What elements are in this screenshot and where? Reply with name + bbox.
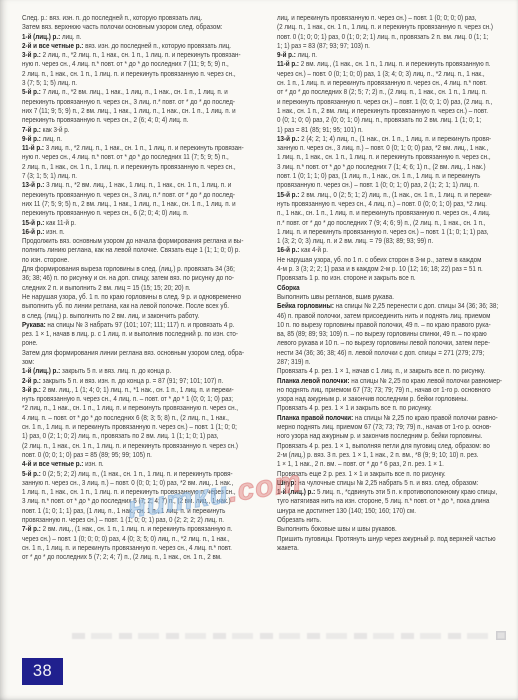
text-line: перекинуть провязанную п. через сн., 3 л…	[22, 190, 260, 199]
text-line: повт. 1 (0; 1; 1; 0) раз, (1 лиц. п., 1 …	[277, 171, 509, 180]
text-line: ного узора над ажурным р. и закончив пос…	[277, 431, 509, 440]
text-line: них 7 (11; 9; 5; 9) п., 2 вм. лиц., 1 на…	[22, 106, 260, 115]
text-line: 7 (3; 1; 5; 1) лиц. п.	[22, 171, 260, 180]
text-line: нести 34 (36; 36; 38; 46) п. левой полоч…	[277, 348, 509, 357]
text-line: от * до * до последних 8 (2; 5; 7; 2) п.…	[277, 87, 509, 96]
text-line: п., 1 нак., сн. 1 п., 1 лиц. п. и переки…	[277, 208, 509, 217]
page-number: 38	[33, 662, 52, 681]
text-line: от * до * до последних 5 (7; 2; 4; 7) п.…	[22, 552, 260, 561]
text-line: (2 лиц. п., 1 нак., сн. 1 п., 1 лиц. п. …	[277, 22, 509, 31]
text-line: Провязать 1 р. по изн. стороне и закрыть…	[277, 273, 509, 282]
text-line: 1 лиц. п., 1 нак., сн. 1 п., 1 лиц. п. и…	[277, 152, 509, 161]
row-label: 15-й р.:	[22, 218, 44, 227]
text-line: 2 лиц. п., 1 нак., сн. 1 п., 1 лиц. п. и…	[22, 162, 260, 171]
text-line: Выполнить боковые швы и швы рукавов.	[277, 524, 509, 533]
text-line: Затем вяз. верхнюю часть полочки основны…	[22, 22, 260, 31]
text-line: 36; 38; 46) п. по рисунку и сн. на доп. …	[22, 273, 260, 282]
text-line: Провязать 4 р. рез. 1 × 1, начав с 1 лиц…	[277, 366, 509, 375]
row-label: Планка правой полочки:	[277, 413, 353, 422]
text-line: 1) раз = 81 (85; 91; 95; 101) п.	[277, 125, 509, 134]
bleedthrough-mark	[496, 631, 506, 640]
text-line: 3 лиц. п.* повт. от * до * до последних …	[277, 162, 509, 171]
row-label: 5-й р.:	[22, 469, 41, 478]
text-line: 4 лиц. п. – повт. от * до * до последних…	[22, 413, 260, 422]
text-line: 3-й р.: 2 вм. лиц., 1 (1; 4; 0; 1) лиц. …	[22, 385, 260, 394]
text-line: Обрезать нить.	[277, 515, 509, 524]
text-line: сн. 1 п., 1 лиц. п. и перекинуть провяза…	[277, 78, 509, 87]
row-label: Сборка	[277, 283, 300, 292]
text-line: через сн.) – повт. 0 (0; 1; 0; 0) раз, 1…	[277, 69, 509, 78]
row-label: 13-й р.:	[277, 134, 299, 143]
text-line: 46) п. правой полочки, затем присоединит…	[277, 311, 509, 320]
text-line: След. р.: вяз. изн. п. до последней п., …	[22, 13, 260, 22]
row-label: 15-й р.:	[277, 190, 299, 199]
text-line: 11-й р.: 2 вм. лиц., (1 нак., сн. 1 п., …	[277, 59, 509, 68]
text-line: лиц. и перекинуть провязанную п. через с…	[277, 13, 509, 22]
text-line: но поднять лиц. приемом 67 (73; 73; 79; …	[277, 385, 509, 394]
text-line: Провязать 4 р. рез. 1 × 1, выполняя петл…	[277, 441, 509, 450]
text-line: ную п. через сн., 4 лиц. п.* повт. от * …	[22, 59, 260, 68]
text-line: провязанную п. через сн.) – повт. 1 (1; …	[22, 515, 260, 524]
text-line: повт. 1 (1; 0; 1; 1) раз, (1 лиц. п., 1 …	[22, 506, 260, 515]
text-line: Для формирования выреза горловины в след…	[22, 264, 260, 273]
row-label: 11-й р.:	[277, 59, 299, 68]
text-line: 1 × 1, 1 нак., 2 п. вм. – повт. от * до …	[277, 459, 509, 468]
text-line: занную п. через сн., 3 лиц. п.) – повт. …	[277, 143, 509, 152]
text-line: Затем для формирования линии реглана вяз…	[22, 348, 260, 357]
text-line: Бейка горловины: на спицы № 2,25 перенес…	[277, 301, 509, 310]
text-line: 16-й р.: как 4-й р.	[277, 245, 509, 254]
text-line: Выполнить швы регланов, вшив рукава.	[277, 292, 509, 301]
text-line: 3 лиц. п.* повт. от * до * до последних …	[22, 496, 260, 505]
text-line: сн. 1 п., 1 лиц. п. и перекинуть провяза…	[22, 422, 260, 431]
text-line: 1-й (лиц.) р.: лиц. п.	[22, 32, 260, 41]
text-line: провязанную п. через сн.) – повт. 1 (0; …	[277, 180, 509, 189]
text-line: 2 лиц. п., 1 нак., сн. 1 п., 1 лиц. п. и…	[22, 69, 260, 78]
row-label: Шнур:	[277, 478, 296, 487]
text-line: туго натягивая нить на изн. стороне, 5 л…	[277, 496, 509, 505]
text-line: 1 лиц. п., 1 нак., сн. 1 п., 1 лиц. п. и…	[22, 487, 260, 496]
text-line: ную п. через сн., 4 лиц. п.* повт. от * …	[22, 152, 260, 161]
text-line: 4-й и все четные р.: изн. п.	[22, 459, 260, 468]
text-line: 1 лиц. п. и перекинуть провязанную п. че…	[277, 227, 509, 236]
text-line: Не нарушая узора, уб. по 1 п. с обеих ст…	[277, 255, 509, 264]
row-label: 7-й р.:	[22, 125, 41, 134]
text-line: 9-й р.: лиц. п.	[277, 50, 509, 59]
row-label: 2-й и все четные р.:	[22, 41, 83, 50]
text-line: по изн. стороне.	[22, 255, 260, 264]
text-line: 1 (3; 2; 0; 3) лиц. п. и 2 вм. лиц. = 79…	[277, 236, 509, 245]
text-line: Продолжить вяз. основным узором до начал…	[22, 236, 260, 245]
text-line: Планка левой полочки: на спицы № 2,25 по…	[277, 376, 509, 385]
row-label: 1-й (лиц.) р.:	[22, 32, 60, 41]
row-label: 9-й р.:	[277, 50, 296, 59]
text-line: повт. 0 (0; 0; 1; 0) раз = 85 (89; 95; 9…	[22, 450, 260, 459]
row-label: 11-й р.:	[22, 143, 44, 152]
text-line: 287; 319) п.	[277, 357, 509, 366]
text-line: через сн.) – повт. 1 (0; 0; 0; 0) раз, 4…	[22, 534, 260, 543]
text-line: 4-м р. 3 (3; 2; 2; 1) раза и в каждом 2-…	[277, 264, 509, 273]
text-line: 11-й р.: 3 лиц. п., *2 лиц. п., 1 нак., …	[22, 143, 260, 152]
row-label: 3-й р.:	[22, 385, 41, 394]
text-line: 5-й р.: 7 лиц. п., *2 вм. лиц., 1 нак., …	[22, 87, 260, 96]
row-label: Планка левой полочки:	[277, 376, 350, 385]
row-label: 4-й и все четные р.:	[22, 459, 83, 468]
text-line: 7-й р.: 2 вм. лиц., (1 нак., сн. 1 п., 1…	[22, 524, 260, 533]
text-line: 7-й р.: как 3-й р.	[22, 125, 260, 134]
text-line: Провязать еще 2 р. рез. 1 × 1 и закрыть …	[277, 469, 509, 478]
row-label: 13-й р.:	[22, 180, 44, 189]
text-line: 2-й р.: закрыть 5 п. и вяз. изн. п. до к…	[22, 376, 260, 385]
text-line: 0 (0; 1; 0; 0) раз, 2 (0; 0; 1; 0) лиц. …	[277, 115, 509, 124]
text-column-right: лиц. и перекинуть провязанную п. через с…	[277, 13, 509, 552]
text-line: занную п. через сн., 3 лиц. п.) – повт. …	[22, 478, 260, 487]
text-column-left: След. р.: вяз. изн. п. до последней п., …	[22, 13, 260, 562]
text-line: перекинуть провязанную п. через сн., 2 (…	[22, 115, 260, 124]
text-line: 1) раз, 0 (2; 1; 0; 2) лиц. п., провязат…	[22, 431, 260, 440]
text-line: нуть провязанную п. через сн., 4 лиц. п.…	[22, 394, 260, 403]
row-label: 1-й (лиц.) р.:	[277, 487, 315, 496]
text-line: 13-й р.: 3 лиц. п., *2 вм. лиц., 1 нак.,…	[22, 180, 260, 189]
row-label: 7-й р.:	[22, 524, 41, 533]
row-label: Бейка горловины:	[277, 301, 334, 310]
text-line: узора над ажурным р. и закончив последни…	[277, 394, 509, 403]
text-line: жакета.	[277, 543, 509, 552]
text-line: п.* повт. от * до * до последних 7 (9; 4…	[277, 218, 509, 227]
text-line: Провязать 4 р. рез. 1 × 1 и закрыть все …	[277, 403, 509, 412]
text-line: 2-м (лиц.) р. вяз. 3 п. рез. 1 × 1, 1 на…	[277, 450, 509, 459]
row-label: 5-й р.:	[22, 87, 41, 96]
row-label: Рукава:	[22, 320, 46, 329]
text-line: 1 нак., сн. 1 п., 2 вм. лиц. и перекинут…	[277, 106, 509, 115]
text-line: 2-й и все четные р.: вяз. изн. до послед…	[22, 41, 260, 50]
text-line: Шнур: на чулочные спицы № 2,25 набрать 5…	[277, 478, 509, 487]
magazine-page: След. р.: вяз. изн. п. до последней п., …	[0, 0, 518, 700]
text-line: шнура не достигнет 130 (140; 150; 160; 1…	[277, 506, 509, 515]
text-line: Планка правой полочки: на спицы № 2,25 п…	[277, 413, 509, 422]
text-line: в след. (лиц.) р. выполнить по 2 вм. лиц…	[22, 311, 260, 320]
text-line: 15-й р.: как 11-й р.	[22, 218, 260, 227]
text-line: Рукава: на спицы № 3 набрать 97 (101; 10…	[22, 320, 260, 329]
text-line: *2 лиц. п., 1 нак., сн. 1 п., 1 лиц. п. …	[22, 403, 260, 412]
text-line: Сборка	[277, 283, 509, 292]
row-label: 9-й р.:	[22, 134, 41, 143]
text-line: 1; 1) раз = 83 (87; 93; 97; 103) п.	[277, 41, 509, 50]
text-line: зом:	[22, 357, 260, 366]
text-line: 1-й (лиц.) р.: закрыть 5 п. и вяз. лиц. …	[22, 366, 260, 375]
text-line: 13-й р.: 2 (4; 2; 1; 4) лиц. п., (1 нак.…	[277, 134, 509, 143]
text-line: 1-й (лиц.) р.: 5 лиц. п., *сдвинуть эти …	[277, 487, 509, 496]
text-line: 5-й р.: 0 (2; 5; 2; 2) лиц. п., (1 нак.,…	[22, 469, 260, 478]
page-number-badge: 38	[22, 658, 63, 685]
text-line: нуть провязанную п. через сн., 4 лиц. п.…	[277, 199, 509, 208]
text-line: (2 лиц. п., 1 нак., сн. 1 п., 1 лиц. п. …	[22, 441, 260, 450]
row-label: 16-й р.:	[22, 227, 44, 236]
text-line: 16-й р.: изн. п.	[22, 227, 260, 236]
text-line: следних 2 п. и выполнить 2 вм. лиц = 15 …	[22, 283, 260, 292]
text-line: и перекинуть провязанную п. через сн.) –…	[277, 97, 509, 106]
text-line: Пришить пуговицы. Протянуть шнур через а…	[277, 534, 509, 543]
text-line: сн. 1 п., 1 лиц. п. и перекинуть провяза…	[22, 543, 260, 552]
text-line: повт. 0 (1; 0; 0; 1) раз, 0 (1; 0; 2; 1)…	[277, 32, 509, 41]
text-line: перекинуть провязанную п. через сн., 3 л…	[22, 97, 260, 106]
text-line: 15-й р.: 2 вм. лиц., 0 (2; 5; 1; 2) лиц.…	[277, 190, 509, 199]
text-line: них 11 (7; 5; 9; 5) п., 2 вм. лиц., 1 на…	[22, 199, 260, 208]
text-line: 3 (7; 5; 1; 5) лиц. п.	[22, 78, 260, 87]
text-line: Не нарушая узора, уб. 1 п. по краю горло…	[22, 292, 260, 301]
text-line: мерно поднять лиц. приемом 67 (73; 73; 7…	[277, 422, 509, 431]
text-line: ва, 85 (89; 89; 93; 109) п. – по вырезу …	[277, 329, 509, 338]
text-line: 10 п. по вырезу горловины правой полочки…	[277, 320, 509, 329]
row-label: 16-й р.:	[277, 245, 299, 254]
text-line: роне.	[22, 338, 260, 347]
text-line: перекинуть провязанную п. через сн., 6 (…	[22, 208, 260, 217]
row-label: 1-й (лиц.) р.:	[22, 366, 60, 375]
row-label: 2-й р.:	[22, 376, 41, 385]
text-line: левого рукава и 10 п. – по вырезу горлов…	[277, 338, 509, 347]
text-line: рез. 1 × 1, начав в лиц. р. с 1 лиц. п. …	[22, 329, 260, 338]
text-line: 3-й р.: 2 лиц. п., *2 лиц. п., 1 нак., с…	[22, 50, 260, 59]
text-line: полнить линию реглана, как на левой поло…	[22, 245, 260, 254]
bleedthrough-text	[72, 633, 492, 639]
text-line: 9-й р.: лиц. п.	[22, 134, 260, 143]
row-label: 3-й р.:	[22, 50, 41, 59]
text-line: выполнить уб. по линии реглана, как на л…	[22, 301, 260, 310]
